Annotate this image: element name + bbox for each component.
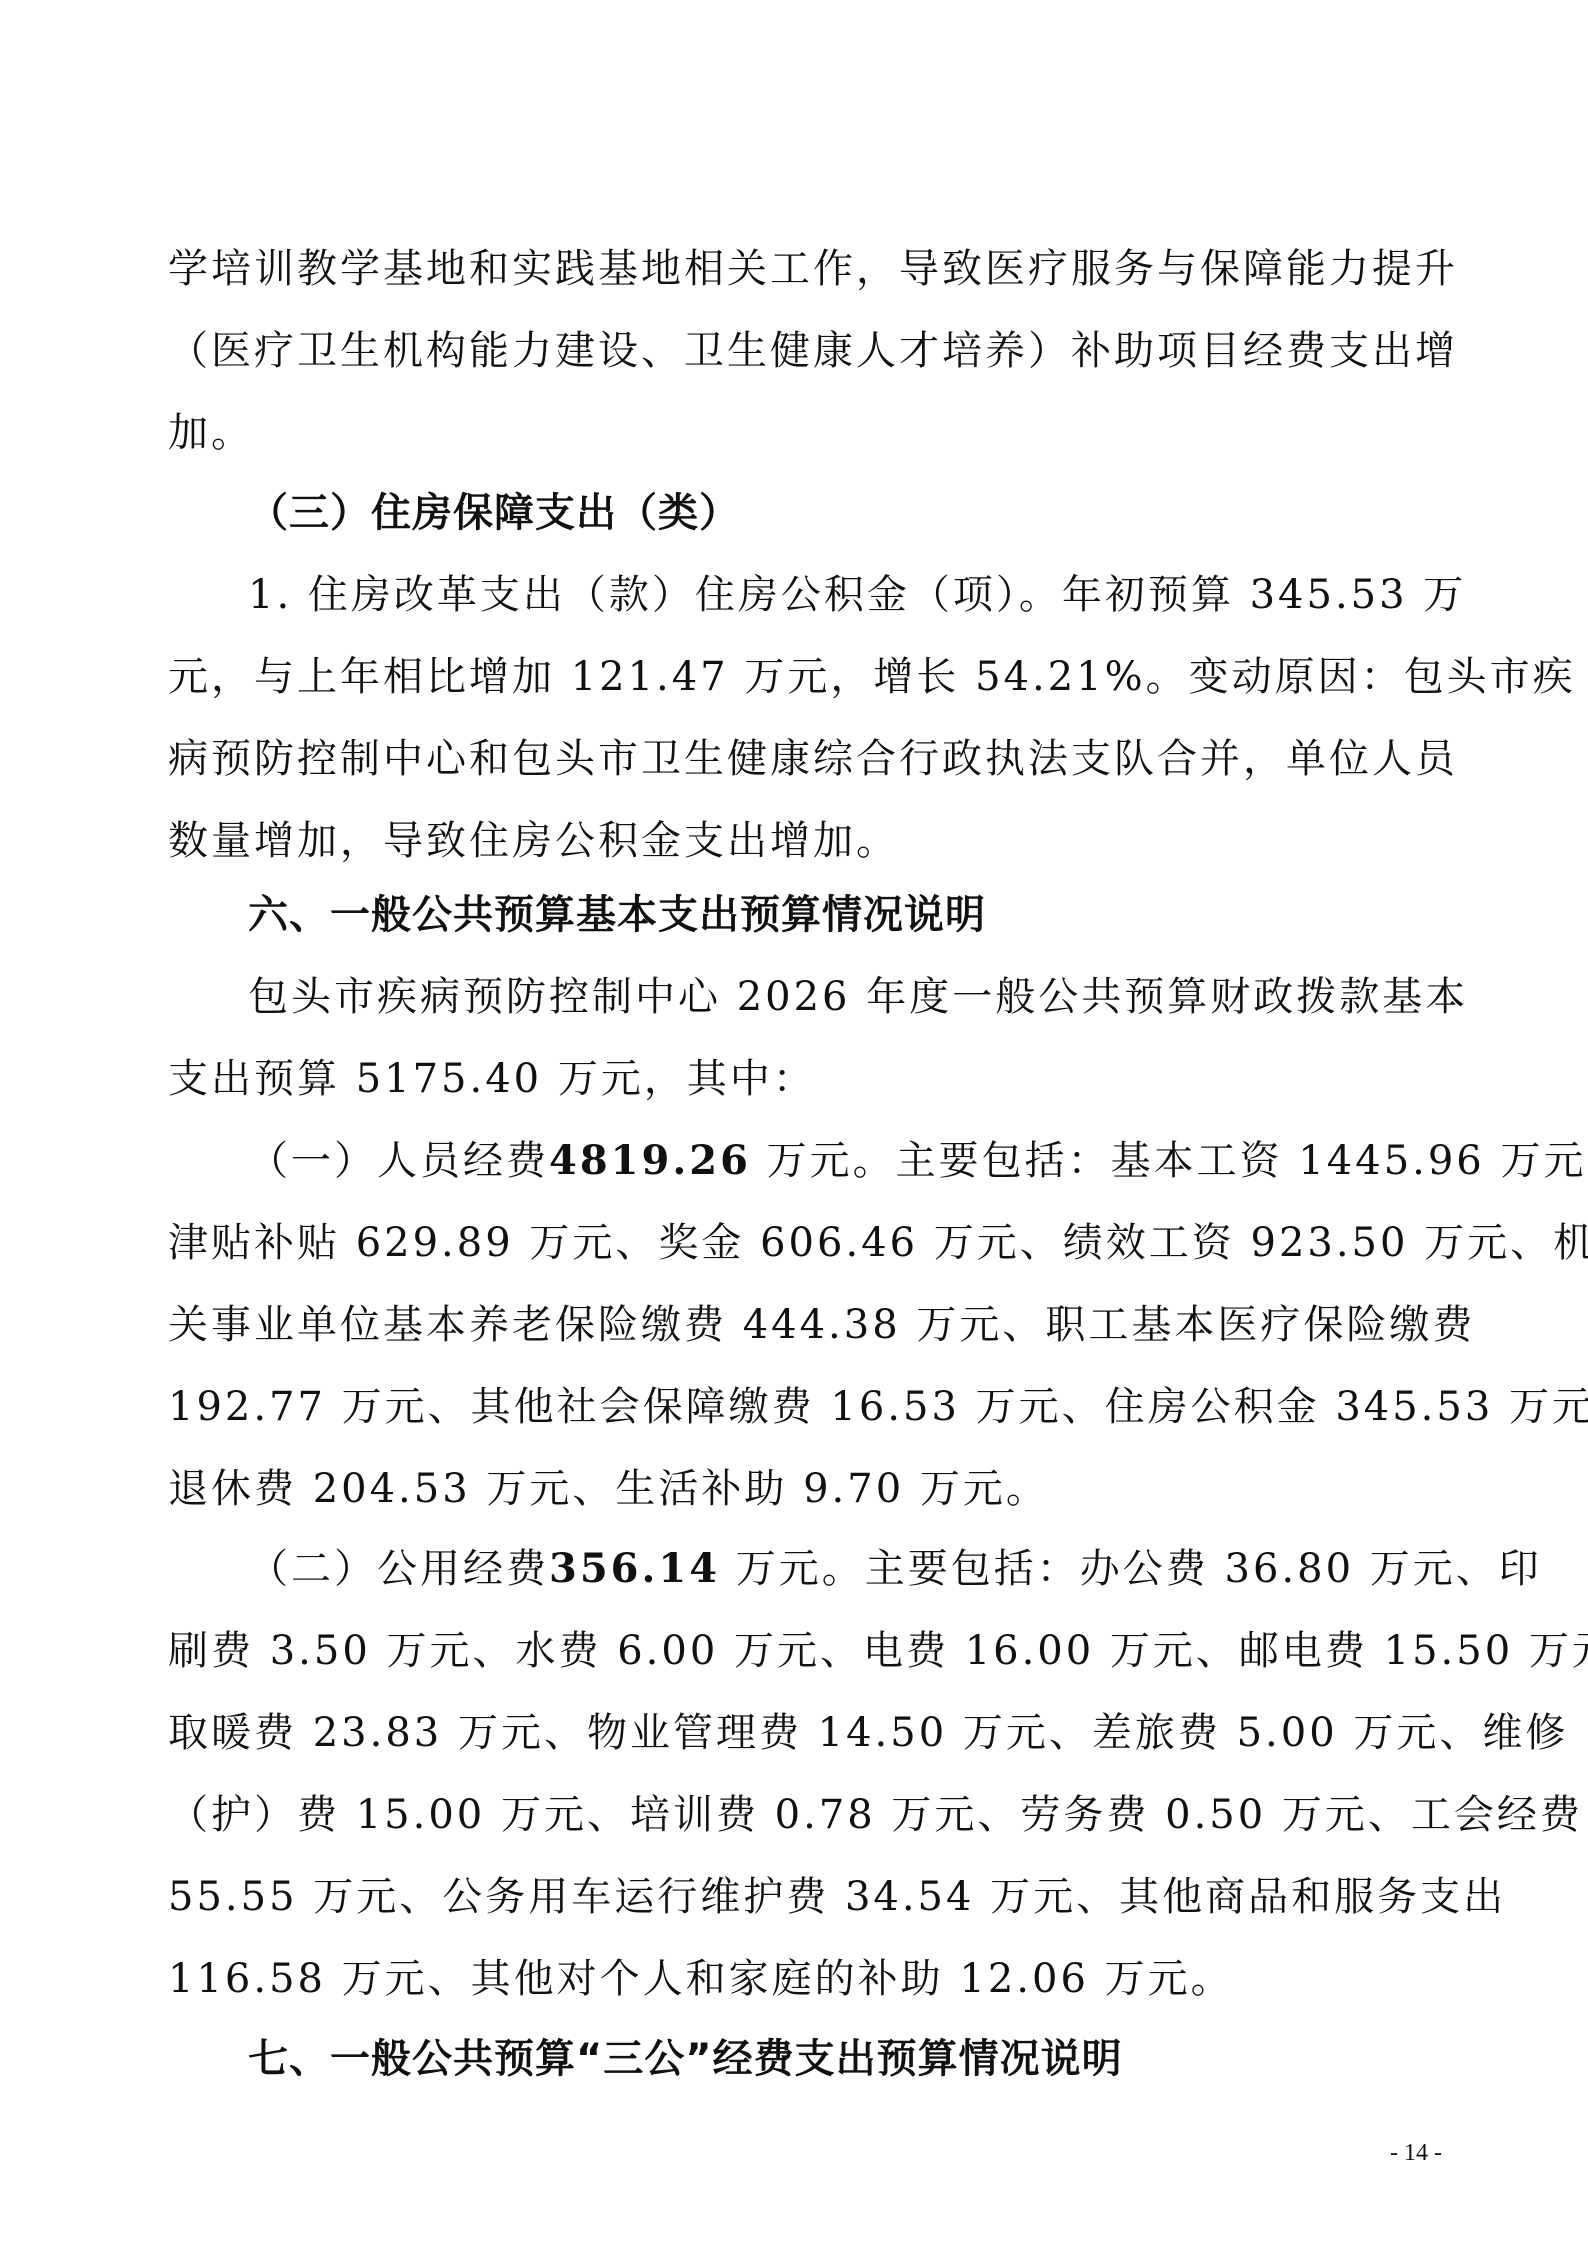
paragraph-line: 病预防控制中心和包头市卫生健康综合行政执法支队合并，单位人员 (168, 731, 1448, 787)
public-detail: 万元。主要包括：办公费 36.80 万元、印 (720, 1546, 1542, 1592)
paragraph-line: （医疗卫生机构能力建设、卫生健康人才培养）补助项目经费支出增 (168, 323, 1448, 379)
document-page: 学培训教学基地和实践基地相关工作，导致医疗服务与保障能力提升 （医疗卫生机构能力… (0, 0, 1588, 2245)
page-number: - 14 - (1390, 2140, 1442, 2167)
paragraph-line: 退休费 204.53 万元、生活补助 9.70 万元。 (168, 1461, 1448, 1517)
paragraph-line: 关事业单位基本养老保险缴费 444.38 万元、职工基本医疗保险缴费 (168, 1297, 1448, 1353)
paragraph-line: 支出预算 5175.40 万元，其中： (168, 1051, 1448, 1107)
public-label: （二）公用经费 (248, 1546, 549, 1592)
paragraph-line: 192.77 万元、其他社会保障缴费 16.53 万元、住房公积金 345.53… (168, 1379, 1448, 1435)
personnel-expense-line: （一）人员经费4819.26 万元。主要包括：基本工资 1445.96 万元、 (248, 1133, 1448, 1189)
paragraph-line: （护）费 15.00 万元、培训费 0.78 万元、劳务费 0.50 万元、工会… (168, 1787, 1448, 1843)
section-7-heading: 七、一般公共预算“三公”经费支出预算情况说明 (248, 2031, 1448, 2087)
paragraph-line: 包头市疾病预防控制中心 2026 年度一般公共预算财政拨款基本 (248, 969, 1448, 1025)
personnel-label: （一）人员经费 (248, 1138, 549, 1184)
public-expense-line: （二）公用经费356.14 万元。主要包括：办公费 36.80 万元、印 (248, 1541, 1448, 1597)
paragraph-line: 津贴补贴 629.89 万元、奖金 606.46 万元、绩效工资 923.50 … (168, 1215, 1448, 1271)
paragraph-line: 1. 住房改革支出（款）住房公积金（项）。年初预算 345.53 万 (248, 567, 1448, 623)
paragraph-line: 55.55 万元、公务用车运行维护费 34.54 万元、其他商品和服务支出 (168, 1869, 1448, 1925)
paragraph-line: 加。 (168, 405, 1448, 461)
public-amount: 356.14 (549, 1545, 720, 1592)
personnel-amount: 4819.26 (549, 1137, 751, 1184)
paragraph-line: 刷费 3.50 万元、水费 6.00 万元、电费 16.00 万元、邮电费 15… (168, 1623, 1448, 1679)
section-6-heading: 六、一般公共预算基本支出预算情况说明 (248, 887, 1448, 943)
paragraph-line: 数量增加，导致住房公积金支出增加。 (168, 813, 1448, 869)
paragraph-line: 学培训教学基地和实践基地相关工作，导致医疗服务与保障能力提升 (168, 241, 1448, 297)
paragraph-line: 116.58 万元、其他对个人和家庭的补助 12.06 万元。 (168, 1951, 1448, 2007)
personnel-detail: 万元。主要包括：基本工资 1445.96 万元、 (751, 1138, 1588, 1184)
paragraph-line: 元，与上年相比增加 121.47 万元，增长 54.21%。变动原因：包头市疾 (168, 649, 1448, 705)
paragraph-line: 取暖费 23.83 万元、物业管理费 14.50 万元、差旅费 5.00 万元、… (168, 1705, 1448, 1761)
section-3-heading: （三）住房保障支出（类） (248, 485, 1448, 541)
